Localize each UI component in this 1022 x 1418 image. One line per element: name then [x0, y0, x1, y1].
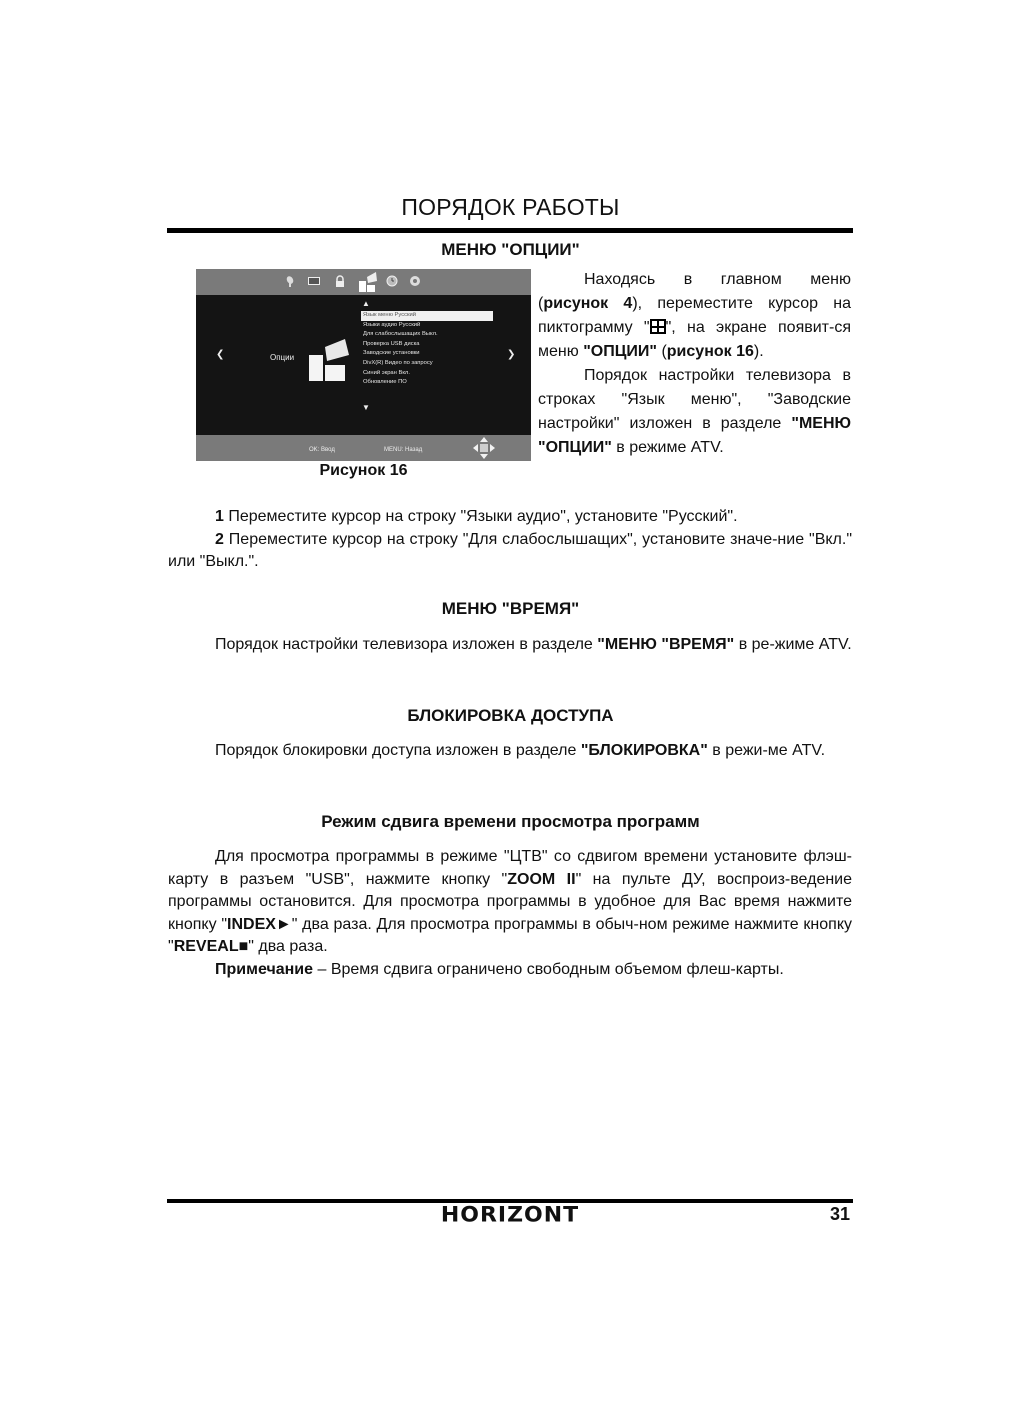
- section-heading-time: МЕНЮ "ВРЕМЯ": [168, 599, 853, 619]
- timeshift-section-body: Для просмотра программы в режиме "ЦТВ" с…: [168, 846, 852, 981]
- step-2: 2 Переместите курсор на строку "Для слаб…: [168, 529, 852, 574]
- time-paragraph: Порядок настройки телевизора изложен в р…: [168, 634, 852, 657]
- tv-right-arrow-icon: ❯: [507, 349, 515, 360]
- options-intro-paragraph: Находясь в главном меню (рисунок 4), пер…: [538, 268, 851, 364]
- timeshift-note: Примечание – Время сдвига ограничено сво…: [168, 959, 852, 982]
- tv-bottom-bar: OK: Ввод MENU: Назад: [196, 435, 531, 461]
- figure-16-tv-screen: ❮ ❯ Опции ▲ Язык меню РусскийЯзыки аудио…: [196, 269, 531, 461]
- section-heading-lock: БЛОКИРОВКА ДОСТУПА: [168, 706, 853, 726]
- lock-section-body: Порядок блокировки доступа изложен в раз…: [168, 740, 852, 763]
- lock-paragraph: Порядок блокировки доступа изложен в раз…: [168, 740, 852, 763]
- tv-top-icon-bar: [196, 269, 531, 295]
- time-section-body: Порядок настройки телевизора изложен в р…: [168, 634, 852, 657]
- tv-scroll-down-icon: ▼: [362, 403, 370, 412]
- tv-menu-label: Опции: [270, 353, 294, 362]
- satellite-icon: [284, 275, 296, 287]
- options-steps: 1 Переместите курсор на строку "Языки ау…: [168, 506, 852, 574]
- tv-left-arrow-icon: ❮: [216, 349, 224, 360]
- tv-options-list: Язык меню РусскийЯзыки аудио РусскийДля …: [361, 311, 493, 388]
- page-number: 31: [830, 1204, 850, 1225]
- tv-menu-item[interactable]: Для слабослышащих Выкл.: [361, 330, 493, 340]
- tv-menu-item[interactable]: Синий экран Вкл.: [361, 369, 493, 379]
- footer-rule: [167, 1199, 853, 1203]
- timeshift-paragraph: Для просмотра программы в режиме "ЦТВ" с…: [168, 846, 852, 959]
- options-large-icon: [309, 339, 353, 381]
- picture-icon: [308, 275, 320, 287]
- settings-icon: [409, 275, 421, 287]
- section-heading-options: МЕНЮ "ОПЦИИ": [168, 240, 853, 260]
- grid-icon: [650, 319, 666, 334]
- options-icon: [358, 269, 378, 293]
- header-rule: [167, 228, 853, 233]
- tv-menu-item[interactable]: Язык меню Русский: [361, 311, 493, 321]
- tv-menu-item[interactable]: Языки аудио Русский: [361, 321, 493, 331]
- tv-footer-menu: MENU: Назад: [384, 447, 422, 453]
- section-heading-timeshift: Режим сдвига времени просмотра программ: [168, 812, 853, 832]
- page-title: ПОРЯДОК РАБОТЫ: [168, 194, 853, 221]
- options-side-text: Находясь в главном меню (рисунок 4), пер…: [538, 268, 851, 460]
- tv-menu-item[interactable]: DivX(R) Видео по запросу: [361, 359, 493, 369]
- navigation-arrows-icon: [472, 436, 496, 460]
- clock-icon: [386, 275, 398, 287]
- lock-icon: [334, 275, 346, 287]
- options-settings-paragraph: Порядок настройки телевизора в строках "…: [538, 364, 851, 460]
- tv-menu-item[interactable]: Проверка USB диска: [361, 340, 493, 350]
- tv-scroll-up-icon: ▲: [362, 299, 370, 308]
- tv-menu-item[interactable]: Заводские установки: [361, 349, 493, 359]
- tv-footer-ok: OK: Ввод: [309, 447, 335, 453]
- brand-logo: HORIZONT: [420, 1204, 600, 1228]
- tv-menu-item[interactable]: Обновление ПО: [361, 378, 493, 388]
- figure-caption: Рисунок 16: [196, 462, 531, 480]
- step-1: 1 Переместите курсор на строку "Языки ау…: [168, 506, 852, 529]
